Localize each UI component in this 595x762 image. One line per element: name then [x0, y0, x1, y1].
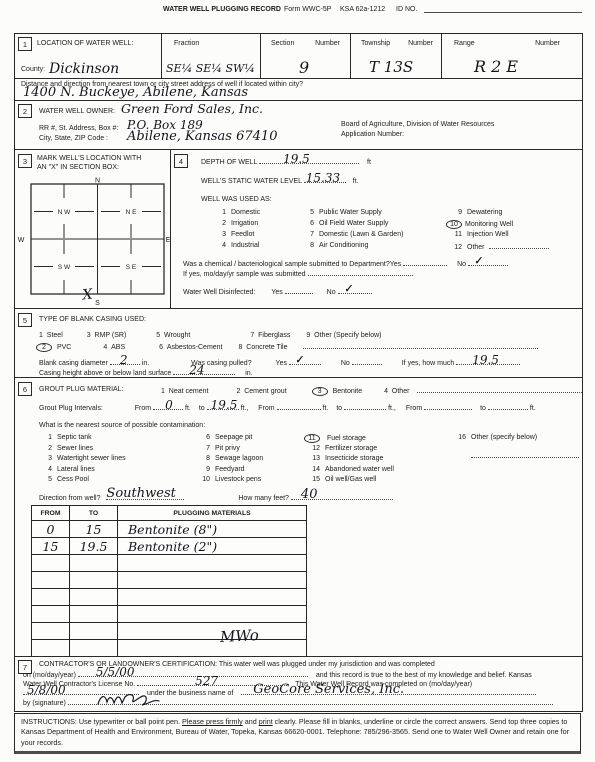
well-used-as-label: WELL WAS USED AS:	[201, 196, 272, 203]
interval3-from-blank	[424, 403, 472, 410]
city-state-zip-label: City, State, ZIP Code :	[39, 135, 108, 142]
disinfected-no-blank: ✓	[338, 287, 372, 294]
static-level-field: 15.33	[306, 171, 340, 185]
address-label: RR #, St. Address, Box #:	[39, 125, 118, 132]
contamination-item: 3Watertight sewer lines	[39, 455, 126, 466]
grout-material-item: 2 Cement grout	[236, 388, 286, 395]
contamination-item: 5Cess Pool	[39, 476, 126, 487]
section-7-certification: 7 CONTRACTOR'S OR LANDOWNER'S CERTIFICAT…	[15, 656, 582, 711]
compass-e-label: E	[166, 237, 170, 244]
compass-n-label: N	[95, 178, 100, 185]
contamination-item: 9Feedyard	[197, 466, 263, 477]
static-level-unit: ft.	[353, 178, 359, 185]
feet-blank: 40	[291, 493, 393, 500]
fraction-cell: Fraction SE¼ SE¼ SW¼	[162, 34, 261, 78]
instructions-part2: and	[243, 717, 259, 726]
grout-intervals-label: Grout Plug Intervals:	[39, 405, 103, 412]
sample-date-blank	[308, 269, 413, 276]
date-plugged-blank: 5/5/00	[78, 670, 308, 677]
how-much-blank: 19.5	[456, 358, 520, 365]
form-body: 1 LOCATION OF WATER WELL: County: Dickin…	[14, 33, 583, 712]
business-name-field: GeoCore Services, Inc.	[253, 682, 404, 697]
use-item: 4Industrial	[213, 242, 260, 253]
from-label: From	[258, 405, 274, 412]
depth-unit: ft	[367, 159, 371, 166]
chem-yes-blank	[403, 259, 447, 266]
contamination-item-fuel-storage-circled: 11Fuel storage	[307, 434, 394, 445]
section-6-number: 6	[18, 382, 32, 396]
uses-column-1: 1Domestic 2Irrigation 3Feedlot 4Industri…	[213, 209, 260, 253]
contamination-item: 2Sewer lines	[39, 445, 126, 456]
direction-blank: Southwest	[106, 493, 184, 500]
contamination-column-3: 11Fuel storage 12Fertilizer storage 13In…	[307, 434, 394, 487]
interval2-to-blank	[344, 403, 386, 410]
contamination-item: 14Abandoned water well	[307, 466, 394, 477]
range-cell: Range Number R 2 E	[442, 34, 582, 78]
casing-diameter-label: Blank casing diameter	[39, 360, 108, 367]
casing-type-item: 3 RMP (SR)	[87, 332, 127, 339]
section-4-well-details: 4 DEPTH OF WELL 19.5 ft WELL'S STATIC WA…	[171, 150, 582, 308]
use-item: 11Injection Well	[449, 231, 549, 242]
casing-type-item: 7 Fiberglass	[250, 332, 290, 339]
table-row-empty	[32, 572, 307, 589]
to-label: to	[480, 405, 486, 412]
section-3-title-line2: AN "X" IN SECTION BOX:	[37, 164, 119, 171]
contamination-item: 13Insecticide storage	[307, 455, 394, 466]
township-col-label: Township	[361, 40, 390, 47]
casing-type-item: 5 Wrought	[156, 332, 190, 339]
range-field: R 2 E	[474, 57, 518, 76]
row2-from: 15	[32, 538, 70, 555]
contamination-item: 4Lateral lines	[39, 466, 126, 477]
contamination-item: 12Fertilizer storage	[307, 445, 394, 456]
county-field: Dickinson	[49, 61, 119, 77]
casing-other-blank	[303, 342, 538, 349]
section-2-owner: 2 WATER WELL OWNER: Green Ford Sales, In…	[15, 100, 582, 149]
township-cell: Township Number T 13S	[351, 34, 442, 78]
plugging-materials-table: FROM TO PLUGGING MATERIALS 0 15 Bentonit…	[31, 505, 307, 657]
section-1-number: 1	[18, 37, 32, 51]
disinfected-yes-label: Yes	[271, 289, 282, 296]
signature-label: by (signature)	[23, 700, 66, 707]
id-no-blank	[424, 12, 582, 13]
instructions-part1: INSTRUCTIONS: Use typewriter or ball poi…	[21, 717, 182, 726]
board-of-agriculture-label: Board of Agriculture, Division of Water …	[341, 121, 494, 128]
casing-type-item: 9 Other (Specify below)	[306, 332, 381, 339]
direction-label: Direction from well?	[39, 495, 100, 502]
section-3-mark-location: 3 MARK WELL'S LOCATION WITH AN "X" IN SE…	[15, 150, 171, 308]
static-level-blank: 15.33	[304, 176, 346, 183]
use-item: 9Dewatering	[449, 209, 549, 220]
section-field: 9	[299, 58, 309, 77]
to-header: TO	[70, 506, 118, 521]
chemical-sample-question: Was a chemical / bacteriological sample …	[183, 261, 390, 268]
application-number-label: Application Number:	[341, 131, 404, 138]
grout-material-item: 4 Other	[384, 388, 409, 395]
row1-to: 15	[70, 521, 118, 538]
feet-field: 40	[301, 487, 318, 502]
grout-material-item-bentonite-circled: 3 Bentonite	[315, 388, 363, 395]
how-many-feet-label: How many feet?	[238, 495, 289, 502]
contamination-item: 15Oil well/Gas well	[307, 476, 394, 487]
owner-field: Green Ford Sales, Inc.	[121, 101, 263, 116]
interval1-to-blank: 19.5	[207, 403, 239, 410]
casing-height-label: Casing height above or below land surfac…	[39, 370, 171, 377]
disinfected-yes-blank	[285, 287, 313, 294]
grout-other-blank	[417, 386, 582, 393]
row2-to: 19.5	[70, 538, 118, 555]
from-header: FROM	[32, 506, 70, 521]
compass-se-label: S E	[126, 264, 137, 271]
compass-s-label: S	[95, 300, 100, 307]
use-item: 12Other	[449, 242, 549, 253]
signature-blank	[68, 698, 553, 705]
to-label: to	[199, 405, 205, 412]
row1-material: Bentonite (8")	[118, 521, 307, 538]
row1-from: 0	[32, 521, 70, 538]
how-much-label: If yes, how much	[402, 360, 455, 367]
section-number-label: Number	[315, 40, 340, 47]
ft-label: ft.	[530, 405, 536, 412]
interval2-from-blank	[277, 403, 321, 410]
well-location-x-mark: X	[81, 286, 95, 303]
range-col-label: Range	[454, 40, 475, 47]
table-row: 15 19.5 Bentonite (2")	[32, 538, 307, 555]
how-much-field: 19.5	[472, 353, 499, 367]
to-label: to	[336, 405, 342, 412]
license-field: 527	[195, 674, 218, 688]
casing-diameter-blank: 2	[110, 358, 140, 365]
contamination-question: What is the nearest source of possible c…	[39, 422, 205, 429]
contamination-item: 10Livestock pens	[197, 476, 263, 487]
use-item: 6Oil Field Water Supply	[301, 220, 403, 231]
casing-type-item: 8 Concrete Tile	[238, 344, 287, 351]
casing-diameter-unit: in.	[142, 360, 149, 367]
casing-type-item: 4 ABS	[103, 344, 125, 351]
section-3-number: 3	[18, 154, 32, 168]
pulled-no-blank	[352, 358, 382, 365]
section-1-title: LOCATION OF WATER WELL:	[37, 40, 133, 47]
township-number-label: Number	[408, 40, 433, 47]
interval1-to-field: 19.5	[211, 398, 238, 412]
certification-line2-tail: and this record is true to the best of m…	[316, 672, 532, 679]
row2-material: Bentonite (2")	[118, 538, 307, 555]
table-row: 0 15 Bentonite (8")	[32, 521, 307, 538]
disinfected-no-label: No	[327, 289, 336, 296]
contamination-column-2: 6Seepage pit 7Pit privy 8Sewage lagoon 9…	[197, 434, 263, 487]
casing-diameter-field: 2	[120, 353, 128, 367]
casing-type-item: 1 Steel	[39, 332, 63, 339]
section-5-title: TYPE OF BLANK CASING USED:	[39, 316, 146, 323]
disinfected-no-checkmark: ✓	[343, 283, 353, 295]
section-3-title-line1: MARK WELL'S LOCATION WITH	[37, 155, 141, 162]
casing-height-blank: 24	[173, 368, 235, 375]
use-item: 7Domestic (Lawn & Garden)	[301, 231, 403, 242]
date-plugged-field: 5/5/00	[96, 665, 135, 679]
section-col-label: Section	[271, 40, 294, 47]
owner-label: WATER WELL OWNER:	[39, 108, 115, 115]
table-row-empty	[32, 606, 307, 623]
uses-column-2: 5Public Water Supply 6Oil Field Water Su…	[301, 209, 403, 253]
depth-label: DEPTH OF WELL	[201, 159, 257, 166]
use-item: 2Irrigation	[213, 220, 260, 231]
section-number-cell: Section Number 9	[261, 34, 351, 78]
from-label: From	[406, 405, 422, 412]
compass-w-label: W	[18, 237, 25, 244]
depth-field: 19.5	[283, 152, 310, 166]
signature-scribble	[96, 692, 162, 708]
instructions-box: INSTRUCTIONS: Use typewriter or ball poi…	[14, 713, 581, 754]
section-2-number: 2	[18, 104, 32, 118]
table-row-empty	[32, 589, 307, 606]
section-3-4-row: 3 MARK WELL'S LOCATION WITH AN "X" IN SE…	[15, 149, 582, 308]
pulled-yes-blank: ✓	[289, 358, 321, 365]
chem-no-blank: ✓	[468, 259, 508, 266]
fraction-field: SE¼ SE¼ SW¼	[166, 62, 255, 75]
table-row-empty	[32, 640, 307, 657]
section-box-diagram: N S W E N W N E S W S E X	[15, 176, 170, 309]
interval3-to-blank	[488, 403, 528, 410]
casing-type-item-pvc-circled: 2 PVC	[39, 344, 71, 351]
from-label: From	[135, 405, 151, 412]
contamination-item: 16Other (specify below)	[453, 434, 579, 445]
static-level-label: WELL'S STATIC WATER LEVEL	[201, 178, 302, 185]
plugged-on-label: on (mo/day/year)	[23, 672, 76, 679]
id-no-label: ID NO.	[396, 6, 417, 13]
ft-label: ft.	[323, 405, 329, 412]
distance-field: 1400 N. Buckeye, Abilene, Kansas	[23, 85, 248, 100]
contamination-item: 7Pit privy	[197, 445, 263, 456]
compass-sw-label: S W	[58, 264, 71, 271]
table-row-empty	[32, 555, 307, 572]
section-5-casing: 5 TYPE OF BLANK CASING USED: 1 Steel 3 R…	[15, 308, 582, 377]
casing-height-unit: in.	[245, 370, 252, 377]
disinfected-label: Water Well Disinfected:	[183, 289, 255, 296]
section-4-number: 4	[174, 154, 188, 168]
ft-label: ft.	[185, 405, 191, 412]
section-1-location: 1 LOCATION OF WATER WELL: County: Dickin…	[15, 34, 582, 100]
table-header-row: FROM TO PLUGGING MATERIALS	[32, 506, 307, 521]
use-item-monitoring-well-circled: 10Monitoring Well	[449, 220, 549, 231]
casing-height-field: 24	[189, 363, 204, 377]
contamination-item: 1Septic tank	[39, 434, 126, 445]
materials-header: PLUGGING MATERIALS	[118, 506, 307, 521]
county-label: County:	[21, 66, 45, 73]
use-item: 8Air Conditioning	[301, 242, 403, 253]
contamination-column-4: 16Other (specify below)	[453, 434, 579, 463]
contamination-other-blank	[471, 451, 579, 458]
instructions-text: INSTRUCTIONS: Use typewriter or ball poi…	[15, 714, 580, 748]
use-item: 3Feedlot	[213, 231, 260, 242]
business-name-blank: GeoCore Services, Inc.	[241, 688, 536, 695]
direction-field: Southwest	[106, 486, 175, 501]
ft-comma-label: ft.,	[388, 405, 396, 412]
pulled-yes-label: Yes	[276, 360, 287, 367]
other-use-blank	[489, 242, 549, 249]
use-item: 1Domestic	[213, 209, 260, 220]
instructions-underlined-print: print	[259, 717, 273, 726]
ksa-number: KSA 62a-1212	[340, 6, 385, 13]
county-cell: 1 LOCATION OF WATER WELL: County: Dickin…	[15, 34, 162, 78]
initials-field: MWo	[220, 626, 260, 646]
compass-nw-label: N W	[58, 209, 72, 216]
ft-comma-label: ft.,	[241, 405, 249, 412]
city-state-zip-field: Abilene, Kansas 67410	[127, 129, 277, 144]
form-title: WATER WELL PLUGGING RECORD	[163, 6, 281, 13]
contamination-column-1: 1Septic tank 2Sewer lines 3Watertight se…	[39, 434, 126, 487]
instructions-underlined-press-firmly: Please press firmly	[182, 717, 243, 726]
range-number-label: Number	[535, 40, 560, 47]
interval1-from-field: 0	[165, 398, 173, 412]
contamination-item: 6Seepage pit	[197, 434, 263, 445]
date-completed-field: 5/8/00	[27, 683, 66, 697]
contamination-item: 8Sewage lagoon	[197, 455, 263, 466]
if-yes-sample-label: If yes, mo/day/yr sample was submitted	[183, 271, 306, 278]
chem-no-checkmark: ✓	[473, 255, 483, 267]
depth-blank: 19.5	[259, 157, 359, 164]
form-number: Form WWC-5P	[284, 6, 331, 13]
distance-row: Distance and direction from nearest town…	[15, 78, 582, 101]
fraction-label: Fraction	[174, 40, 199, 47]
water-well-plugging-record-scan: WATER WELL PLUGGING RECORD Form WWC-5P K…	[0, 0, 595, 762]
section-5-number: 5	[18, 313, 32, 327]
township-field: T 13S	[369, 58, 413, 76]
uses-column-3: 9Dewatering 10Monitoring Well 11Injectio…	[449, 209, 549, 253]
grout-material-item: 1 Neat cement	[161, 388, 208, 395]
pulled-yes-checkmark: ✓	[294, 354, 304, 366]
chem-no-label: No	[457, 261, 466, 268]
casing-type-item: 6 Asbestos-Cement	[159, 344, 222, 351]
use-item: 5Public Water Supply	[301, 209, 403, 220]
grout-material-label: GROUT PLUG MATERIAL:	[39, 386, 124, 393]
pulled-no-label: No	[341, 360, 350, 367]
compass-ne-label: N E	[126, 209, 138, 216]
section-6-grout: 6 GROUT PLUG MATERIAL: 1 Neat cement 2 C…	[15, 377, 582, 656]
chem-yes-label: Yes	[390, 261, 401, 268]
table-row-empty	[32, 623, 307, 640]
interval1-from-blank: 0	[153, 403, 183, 410]
